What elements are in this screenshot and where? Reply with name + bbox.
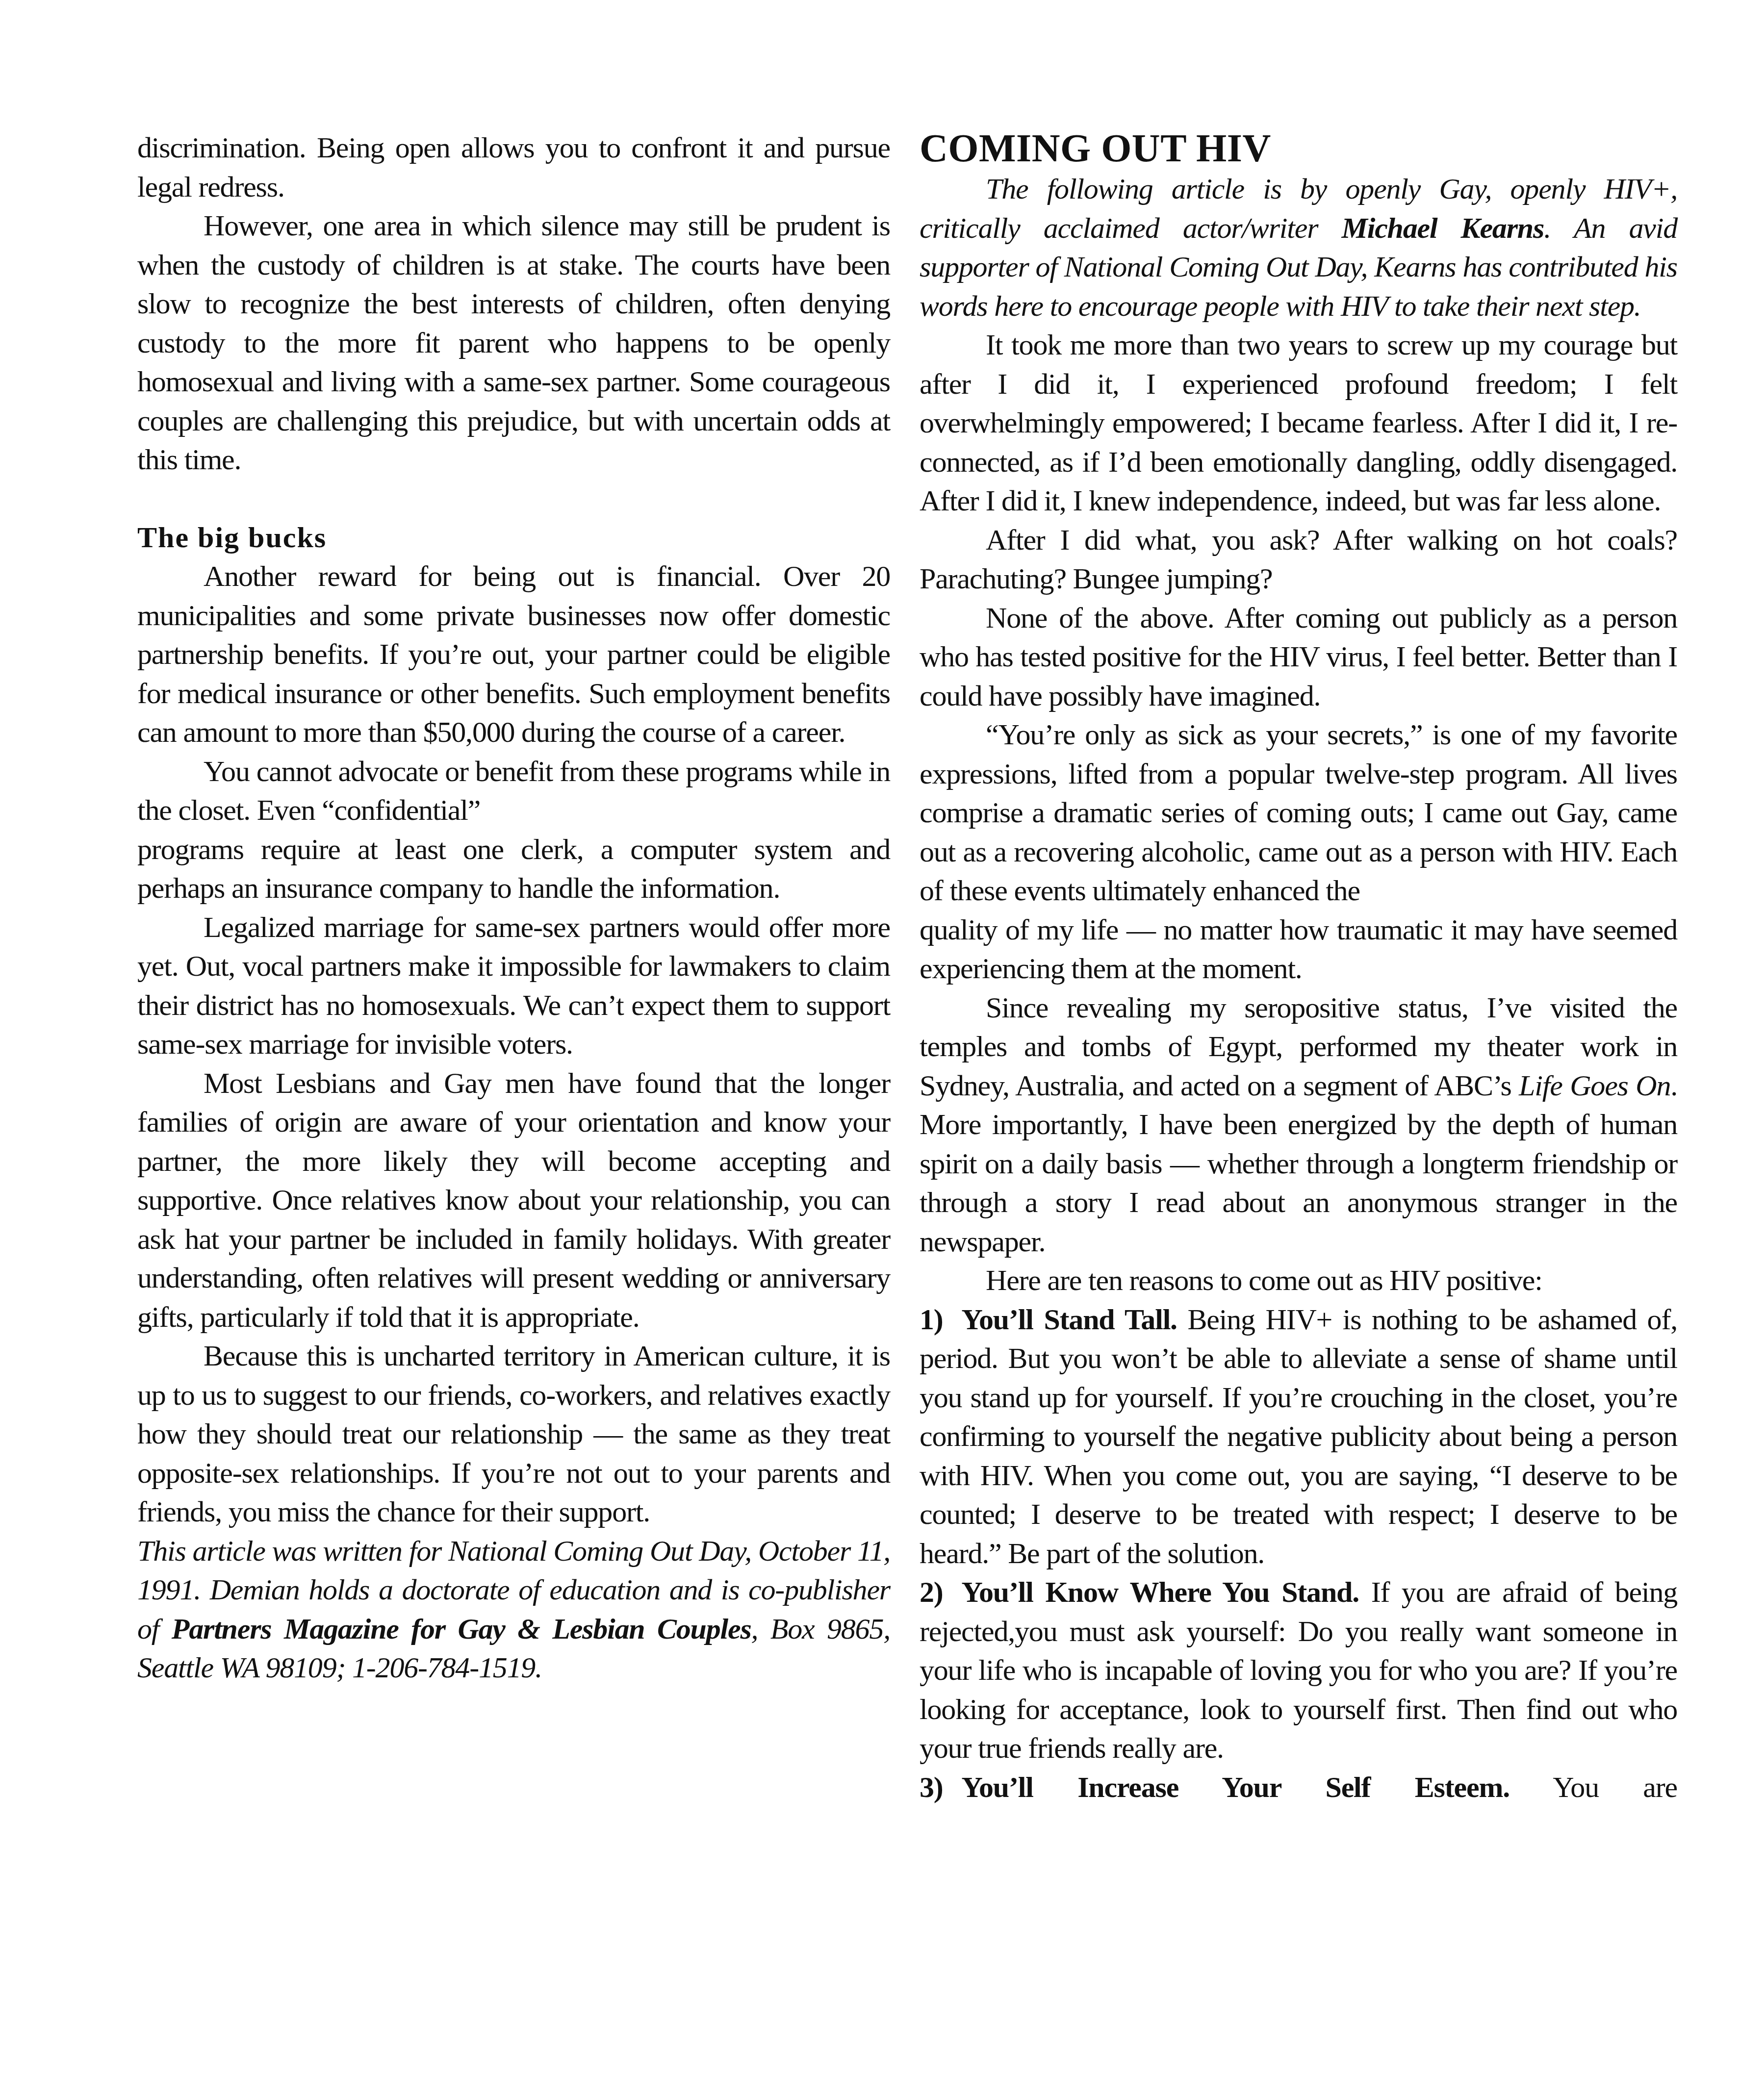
reason-1: 1)You’ll Stand Tall. Being HIV+ is nothi… [920,1300,1677,1573]
paragraph-since: Since revealing my seropositive status, … [920,988,1677,1262]
reason-title: You’ll Increase Your Self Esteem. [962,1771,1510,1803]
author-note: This article was written for National Co… [137,1532,890,1688]
paragraph-advocate-part1: You cannot advocate or benefit from thes… [137,752,890,830]
subheading-big-bucks: The big bucks [137,518,890,557]
paragraph-secrets-part2: quality of my life — no matter how traum… [920,911,1677,988]
reason-number: 1) [920,1303,943,1336]
paragraph-custody: However, one area in which silence may s… [137,206,890,480]
publication-name: Partners Magazine for Gay & Lesbian Coup… [172,1613,751,1645]
paragraph-advocate-part2: programs require at least one clerk, a c… [137,830,890,908]
paragraph-courage: It took me more than two years to screw … [920,326,1677,521]
reason-2: 2)You’ll Know Where You Stand. If you ar… [920,1573,1677,1768]
intro-author: Michael Kearns [1342,212,1544,244]
article-intro: The following article is by openly Gay, … [920,170,1677,326]
paragraph-after-what: After I did what, you ask? After walking… [920,521,1677,599]
reason-title: You’ll Stand Tall. [962,1303,1177,1336]
paragraph-uncharted: Because this is uncharted territory in A… [137,1337,890,1532]
paragraph-ten-reasons: Here are ten reasons to come out as HIV … [920,1261,1677,1300]
tv-show-title: Life Goes On [1519,1069,1670,1102]
reason-text: You are [1510,1771,1677,1803]
reason-title: You’ll Know Where You Stand. [962,1576,1359,1608]
left-column: discrimination. Being open allows you to… [137,128,890,1688]
reason-number: 2) [920,1576,943,1608]
reason-number: 3) [920,1771,943,1803]
paragraph-marriage: Legalized marriage for same-sex partners… [137,908,890,1064]
right-column: COMING OUT HIV The following article is … [920,128,1677,1807]
paragraph-none-of-above: None of the above. After coming out publ… [920,599,1677,716]
paragraph-financial: Another reward for being out is financia… [137,557,890,752]
paragraph-secrets-part1: “You’re only as sick as your secrets,” i… [920,715,1677,911]
reason-3: 3)You’ll Increase Your Self Esteem. You … [920,1768,1677,1807]
paragraph-continued: discrimination. Being open allows you to… [137,128,890,206]
reason-text: Being HIV+ is nothing to be ashamed of, … [920,1303,1677,1569]
article-title: COMING OUT HIV [920,128,1677,169]
paragraph-families: Most Lesbians and Gay men have found tha… [137,1064,890,1337]
